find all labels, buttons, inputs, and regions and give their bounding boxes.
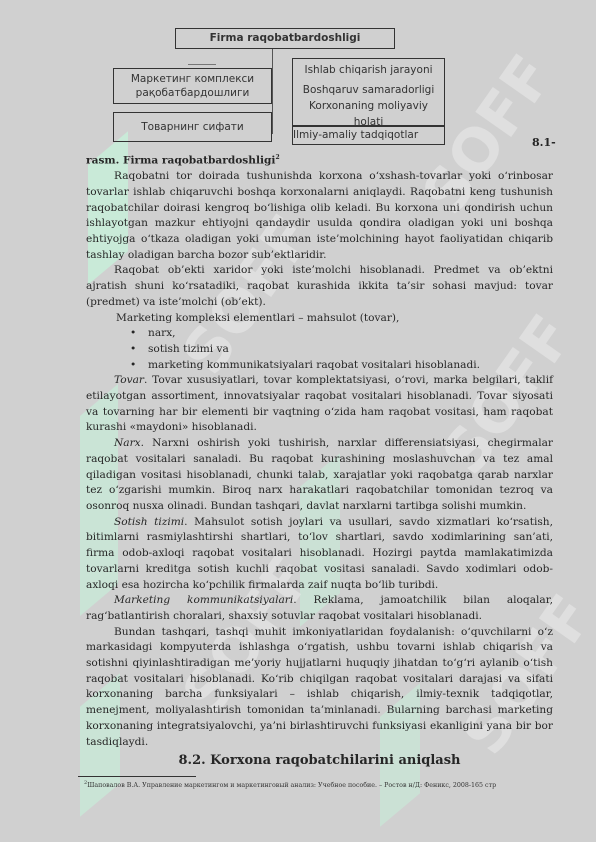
footnote-separator	[78, 776, 196, 777]
paragraph: Narx. Narxni oshirish yoki tushirish, na…	[86, 436, 553, 515]
diagram-title-box: Firma raqobatbardoshligi	[175, 28, 395, 49]
paragraph: Raqobat ob’ekti xaridor yoki iste’molchi…	[86, 263, 553, 310]
factors-box: Ishlab chiqarish jarayoni Boshqaruv sama…	[292, 58, 445, 126]
footnote-ref[interactable]: 2	[275, 154, 279, 161]
figure-number: 8.1-	[532, 136, 556, 149]
list-item: narx,	[148, 326, 553, 342]
box-line: Ishlab chiqarish jarayoni	[293, 62, 444, 78]
diagram-small-line	[188, 64, 216, 65]
diagram-connector-line	[272, 49, 273, 134]
footnote: 2Шаповалов В.А. Управление маркетингом и…	[84, 780, 496, 789]
bullet-list: narx, sotish tizimi va marketing kommuni…	[86, 326, 553, 373]
paragraph: Bundan tashqari, tashqi muhit imkoniyatl…	[86, 625, 553, 751]
list-item: sotish tizimi va	[148, 342, 553, 358]
section-heading: 8.2. Korxona raqobatchilarini aniqlash	[86, 752, 553, 770]
paragraph: Sotish tizimi. Mahsulot sotish joylari v…	[86, 515, 553, 594]
competitiveness-diagram: Firma raqobatbardoshligi Маркетинг компл…	[0, 0, 596, 150]
figure-caption: rasm. Firma raqobatbardoshligi2	[86, 150, 553, 169]
box-line: рақобатбардошлиги	[114, 86, 271, 100]
product-quality-box: Товарнинг сифати	[113, 112, 272, 142]
document-body: rasm. Firma raqobatbardoshligi2 Raqobatn…	[86, 150, 553, 770]
paragraph: Marketing kommunikatsiyalari. Reklama, j…	[86, 593, 553, 624]
paragraph: Marketing kompleksi elementlari – mahsul…	[86, 311, 553, 327]
paragraph: Raqobatni tor doirada tushunishda korxon…	[86, 169, 553, 263]
list-item: marketing kommunikatsiyalari raqobat vos…	[148, 358, 553, 374]
box-line: Boshqaruv samaradorligi	[293, 82, 444, 98]
paragraph: Tovar. Tovar xususiyatlari, tovar komple…	[86, 373, 553, 436]
research-box: Ilmiy-amaliy tadqiqotlar	[292, 126, 445, 145]
marketing-complex-box: Маркетинг комплекси рақобатбардошлиги	[113, 68, 272, 104]
box-line: Маркетинг комплекси	[114, 72, 271, 86]
